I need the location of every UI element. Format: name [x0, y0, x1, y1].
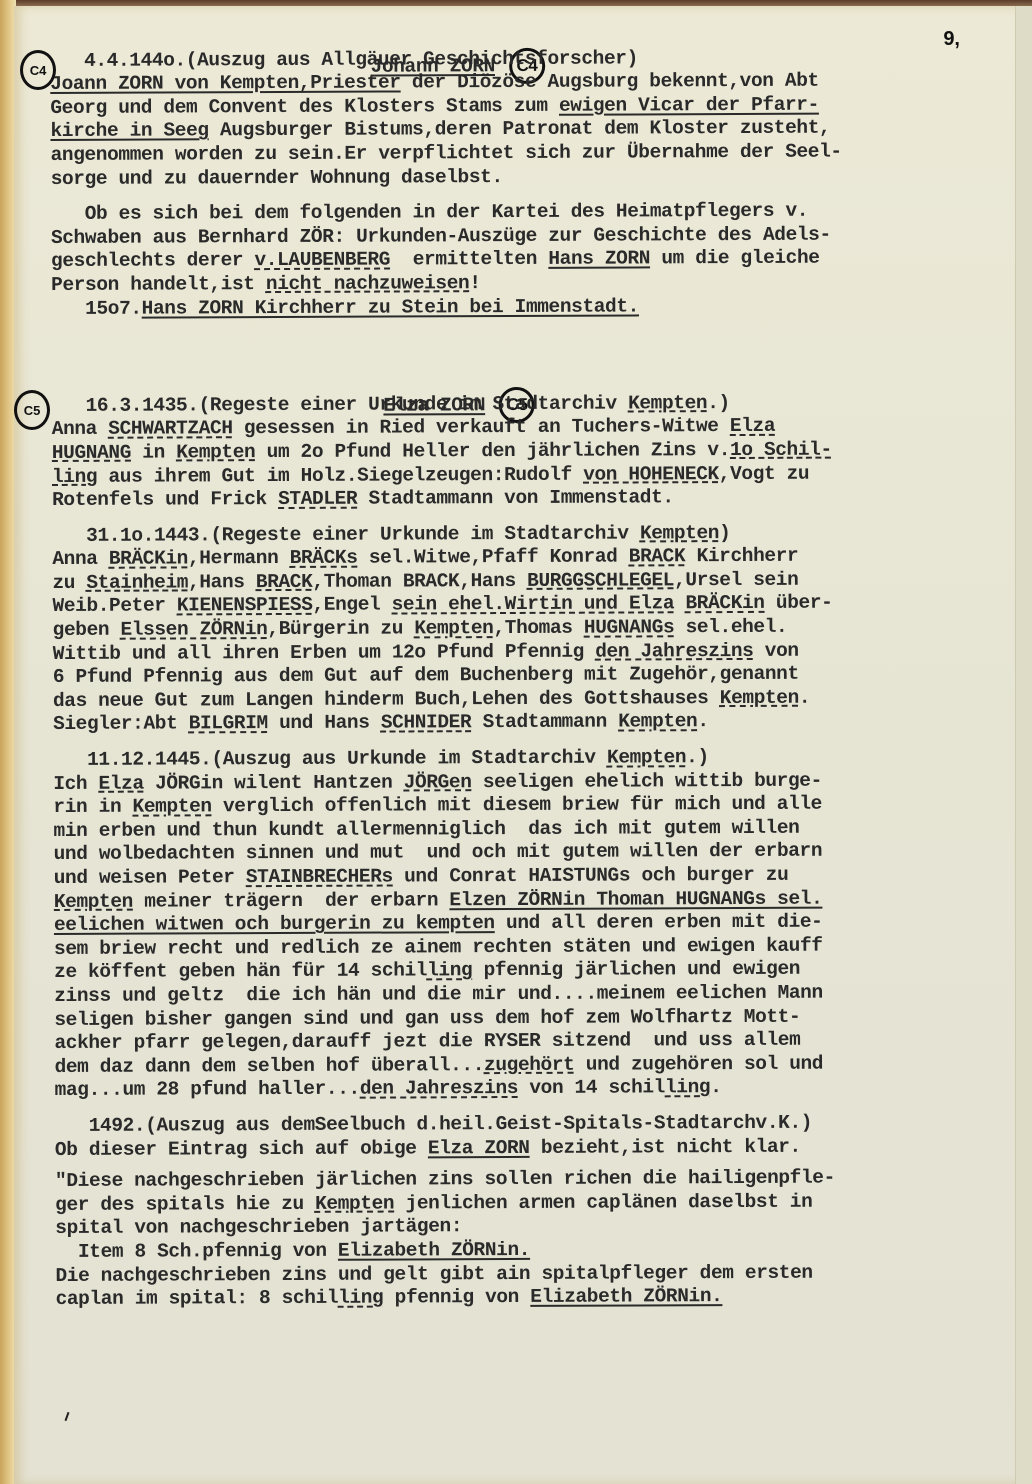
margin-mark-c5: C5 — [14, 390, 50, 430]
entry-block: 16.3.1435.(Regeste einer Urkunde im Stad… — [52, 391, 1003, 513]
entry-block: 31.1o.1443.(Regeste einer Urkunde im Sta… — [52, 521, 1003, 737]
entry-block: "Diese nachgeschrieben järlichen zins so… — [55, 1166, 1006, 1312]
entry-block: 11.12.1445.(Auszug aus Urkunde im Stadta… — [53, 745, 1005, 1103]
page-right-edge — [1015, 6, 1032, 1484]
entry-block: 1492.(Auszug aus demSeelbuch d.heil.Geis… — [55, 1111, 1005, 1162]
text-line: caplan im spital: 8 schilling pfennig vo… — [56, 1284, 1006, 1312]
typed-text: Johann ZORNC4 4.4.144o.(Auszug aus Allgä… — [50, 22, 1006, 1312]
